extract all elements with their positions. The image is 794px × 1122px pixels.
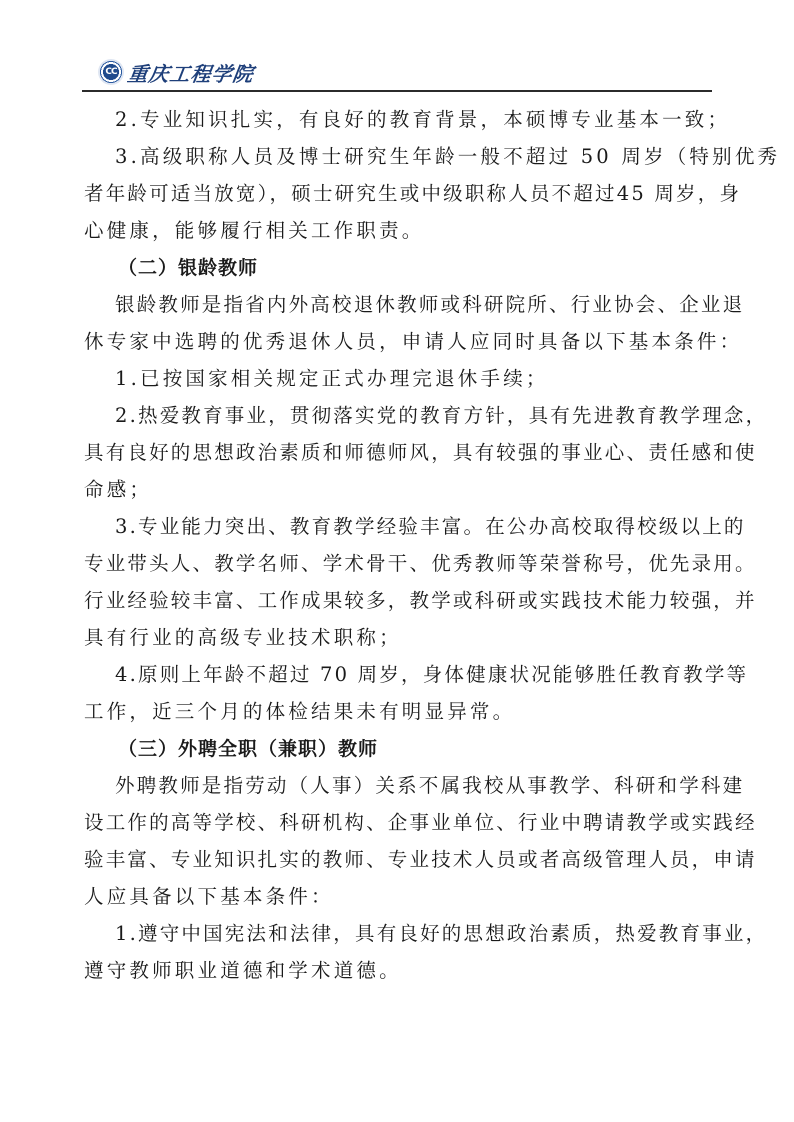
page-header: CC 重庆工程学院 [0,0,794,95]
paragraph-line: 休专家中选聘的优秀退休人员，申请人应同时具备以下基本条件： [84,330,742,354]
institution-name: 重庆工程学院 [126,58,256,87]
paragraph-line: 工作，近三个月的体检结果未有明显异常。 [84,700,515,724]
paragraph-line: 1.遵守中国宪法和法律，具有良好的思想政治素质，热爱教育事业， [115,922,767,946]
paragraph-line: 专业带头人、教学名师、学术骨干、优秀教师等荣誉称号，优先录用。 [84,552,757,576]
paragraph-line: 外聘教师是指劳动（人事）关系不属我校从事教学、科研和学科建 [115,774,744,798]
paragraph-line: 4.原则上年龄不超过 70 周岁，身体健康状况能够胜任教育教学等 [115,663,748,687]
paragraph-line: 设工作的高等学校、科研机构、企事业单位、行业中聘请教学或实践经 [84,811,757,835]
school-emblem-icon: CC [98,59,124,85]
paragraph-line: 2.专业知识扎实，有良好的教育背景，本硕博专业基本一致； [115,108,730,132]
section-heading-silver-teachers: （二）银龄教师 [118,256,258,280]
paragraph-line: 具有良好的思想政治素质和师德师风，具有较强的事业心、责任感和使 [84,441,757,465]
paragraph-line: 2.热爱教育事业，贯彻落实党的教育方针，具有先进教育教学理念， [115,404,767,428]
paragraph-line: 3.高级职称人员及博士研究生年龄一般不超过 50 周岁（特别优秀 [115,145,780,169]
emblem-text: CC [98,59,124,85]
paragraph-line: 具有行业的高级专业技术职称； [84,626,402,650]
paragraph-line: 命感； [84,478,152,502]
paragraph-line: 1.已按国家相关规定正式办理完退休手续； [115,367,549,391]
paragraph-line: 验丰富、专业知识扎实的教师、专业技术人员或者高级管理人员，申请 [84,848,757,872]
paragraph-line: 遵守教师职业道德和学术道德。 [84,959,402,983]
paragraph-line: 3.专业能力突出、教育教学经验丰富。在公办高校取得校级以上的 [115,515,746,539]
paragraph-line: 行业经验较丰富、工作成果较多，教学或科研或实践技术能力较强，并 [84,589,757,613]
paragraph-line: 心健康，能够履行相关工作职责。 [84,219,425,243]
section-heading-external-teachers: （三）外聘全职（兼职）教师 [118,737,378,761]
paragraph-line: 银龄教师是指省内外高校退休教师或科研院所、行业协会、企业退 [115,293,744,317]
paragraph-line: 人应具备以下基本条件： [84,885,334,909]
header-divider [82,90,712,92]
paragraph-line: 者年龄可适当放宽），硕士研究生或中级职称人员不超过45 周岁，身 [84,182,741,206]
